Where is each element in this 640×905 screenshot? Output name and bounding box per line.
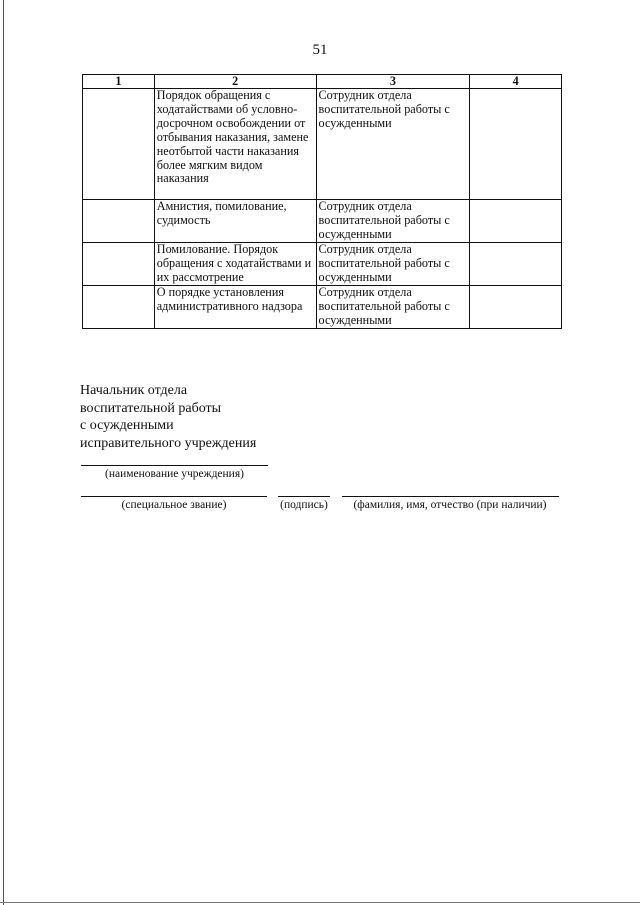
table-row: Помилование. Порядок обращения с ходатай… bbox=[83, 243, 562, 286]
table-cell: Амнистия, помилование, судимость bbox=[154, 200, 316, 243]
topics-table: 1 2 3 4 Порядок обращения с ходатайствам… bbox=[82, 74, 562, 329]
page-number: 51 bbox=[0, 42, 640, 59]
rank-caption: (специальное звание) bbox=[81, 499, 267, 511]
column-header: 2 bbox=[154, 75, 316, 89]
table-cell bbox=[470, 89, 562, 200]
table-cell bbox=[83, 200, 155, 243]
table-cell: Сотрудник отдела воспитательной работы с… bbox=[316, 200, 470, 243]
signature-title-line: Начальник отдела bbox=[80, 382, 256, 400]
name-line bbox=[342, 496, 559, 497]
signature-title: Начальник отдела воспитательной работы с… bbox=[80, 382, 256, 452]
table-cell: Порядок обращения с ходатайствами об усл… bbox=[154, 89, 316, 200]
table-header-row: 1 2 3 4 bbox=[83, 75, 562, 89]
table-cell bbox=[83, 286, 155, 329]
rank-line bbox=[81, 496, 267, 497]
page-edge bbox=[3, 0, 4, 905]
table-row: Амнистия, помилование, судимость Сотрудн… bbox=[83, 200, 562, 243]
table-row: Порядок обращения с ходатайствами об усл… bbox=[83, 89, 562, 200]
table-cell: Сотрудник отдела воспитательной работы с… bbox=[316, 89, 470, 200]
institution-caption: (наименование учреждения) bbox=[81, 468, 268, 480]
institution-line bbox=[81, 465, 268, 466]
table-cell: Сотрудник отдела воспитательной работы с… bbox=[316, 243, 470, 286]
table-cell: Сотрудник отдела воспитательной работы с… bbox=[316, 286, 470, 329]
signature-title-line: исправительного учреждения bbox=[80, 435, 256, 453]
signature-caption: (подпись) bbox=[272, 499, 336, 511]
table-cell bbox=[470, 243, 562, 286]
signature-title-line: воспитательной работы bbox=[80, 400, 256, 418]
signature-line bbox=[278, 496, 330, 497]
table-cell bbox=[83, 89, 155, 200]
table-cell bbox=[470, 200, 562, 243]
table-cell: О порядке установления административного… bbox=[154, 286, 316, 329]
column-header: 4 bbox=[470, 75, 562, 89]
table-cell bbox=[470, 286, 562, 329]
table-row: О порядке установления административного… bbox=[83, 286, 562, 329]
column-header: 3 bbox=[316, 75, 470, 89]
column-header: 1 bbox=[83, 75, 155, 89]
table-cell: Помилование. Порядок обращения с ходатай… bbox=[154, 243, 316, 286]
signature-title-line: с осужденными bbox=[80, 417, 256, 435]
page-edge bbox=[0, 902, 640, 903]
table-cell bbox=[83, 243, 155, 286]
name-caption: (фамилия, имя, отчество (при наличии) bbox=[336, 499, 564, 511]
